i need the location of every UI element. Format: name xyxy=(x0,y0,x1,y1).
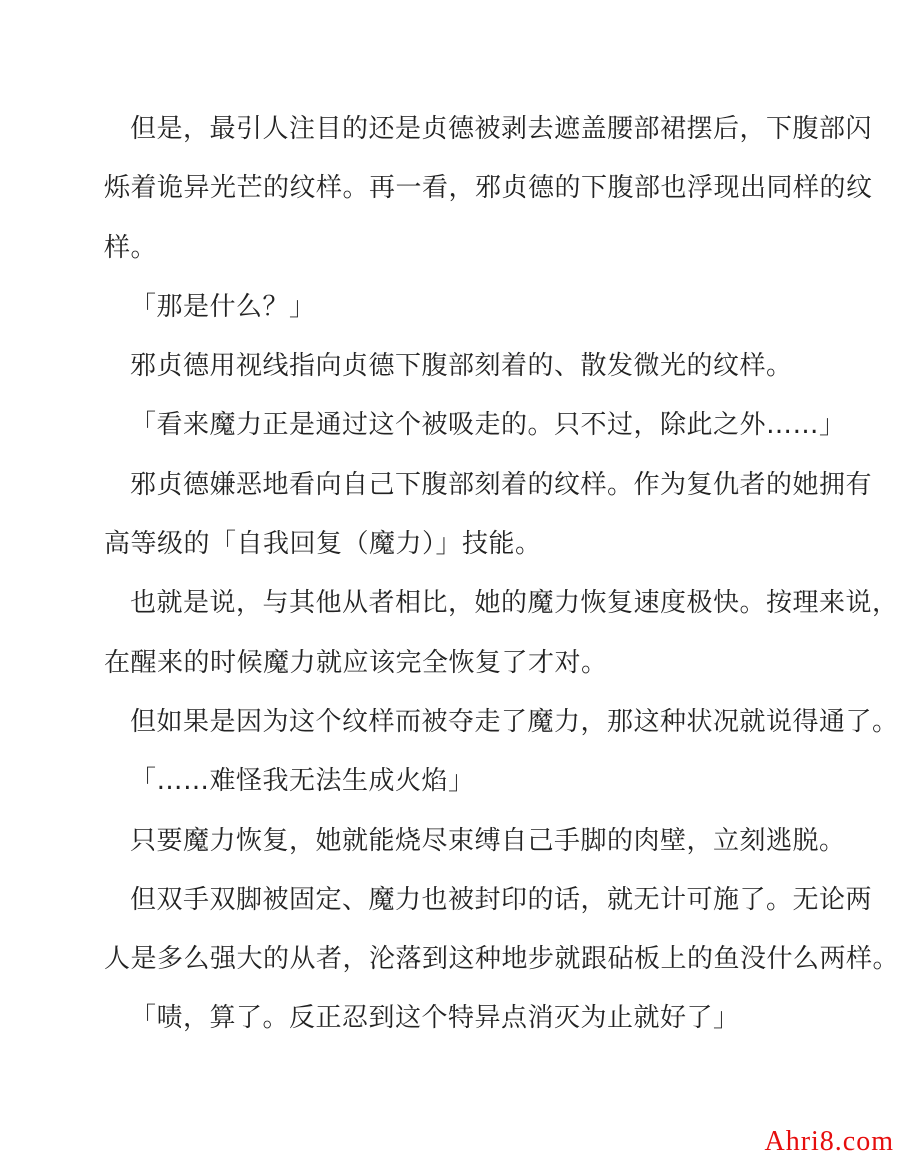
text-line: 样。 xyxy=(104,219,884,278)
text-line: 只要魔力恢复，她就能烧尽束缚自己手脚的肉壁，立刻逃脱。 xyxy=(104,812,884,871)
text-line: 「看来魔力正是通过这个被吸走的。只不过，除此之外……」 xyxy=(104,396,884,455)
text-line: 邪贞德嫌恶地看向自己下腹部刻着的纹样。作为复仇者的她拥有 xyxy=(104,456,884,515)
novel-text: 但是，最引人注目的还是贞德被剥去遮盖腰部裙摆后，下腹部闪烁着诡异光芒的纹样。再一… xyxy=(104,100,884,1049)
watermark: Ahri8.com xyxy=(764,1126,894,1158)
text-line: 人是多么强大的从者，沦落到这种地步就跟砧板上的鱼没什么两样。 xyxy=(104,930,884,989)
text-line: 也就是说，与其他从者相比，她的魔力恢复速度极快。按理来说， xyxy=(104,574,884,633)
text-line: 烁着诡异光芒的纹样。再一看，邪贞德的下腹部也浮现出同样的纹 xyxy=(104,159,884,218)
text-line: 「……难怪我无法生成火焰」 xyxy=(104,752,884,811)
text-line: 「那是什么？」 xyxy=(104,278,884,337)
reader-page: 但是，最引人注目的还是贞德被剥去遮盖腰部裙摆后，下腹部闪烁着诡异光芒的纹样。再一… xyxy=(0,0,900,1165)
text-line: 邪贞德用视线指向贞德下腹部刻着的、散发微光的纹样。 xyxy=(104,337,884,396)
text-line: 在醒来的时候魔力就应该完全恢复了才对。 xyxy=(104,634,884,693)
text-line: 但如果是因为这个纹样而被夺走了魔力，那这种状况就说得通了。 xyxy=(104,693,884,752)
text-line: 高等级的「自我回复（魔力）」技能。 xyxy=(104,515,884,574)
text-line: 但是，最引人注目的还是贞德被剥去遮盖腰部裙摆后，下腹部闪 xyxy=(104,100,884,159)
text-line: 但双手双脚被固定、魔力也被封印的话，就无计可施了。无论两 xyxy=(104,871,884,930)
text-line: 「啧，算了。反正忍到这个特异点消灭为止就好了」 xyxy=(104,989,884,1048)
